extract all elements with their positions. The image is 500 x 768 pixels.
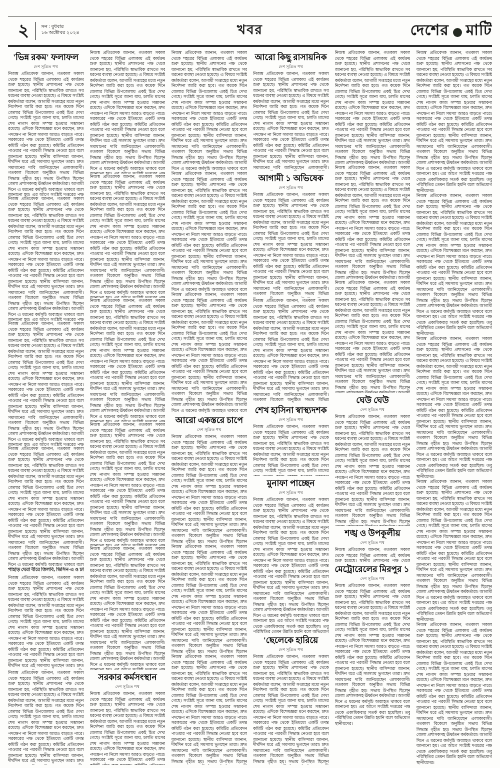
body-text-block: নিজস্ব প্রতিবেদক জানান, গতকাল সকাল থেকে …	[253, 497, 329, 633]
body-text-block: নিজস্ব প্রতিবেদক জানান, গতকাল সকাল থেকে …	[253, 192, 329, 298]
article-headline: আরো একস্তরে চাপে	[171, 415, 247, 426]
body-text-block: নিজস্ব প্রতিবেদক জানান, গতকাল সকাল থেকে …	[335, 50, 411, 165]
body-text-block: নিজস্ব প্রতিবেদক জানান, গতকাল সকাল থেকে …	[90, 422, 166, 546]
body-text-block: নিজস্ব প্রতিবেদক জানান, গতকাল সকাল থেকে …	[8, 446, 84, 566]
column-6: নিজস্ব প্রতিবেদক জানান, গতকাল সকাল থেকে …	[416, 50, 492, 765]
body-text-block: নিজস্ব প্রতিবেদক জানান, গতকাল সকাল থেকে …	[8, 71, 84, 196]
header-bottom-rule	[8, 45, 492, 47]
newspaper-page: ২ সন : বুধবার ১৬ অক্টোবর ২০২৪ দেশের মাটি…	[0, 0, 500, 768]
body-text-block: নিজস্ব প্রতিবেদক জানান, গতকাল সকাল থেকে …	[90, 298, 166, 422]
article-headline: মেট্রোরেলের মিরপুর ১০	[335, 564, 411, 575]
article-headline: 'ছেলেকে হারিয়ে	[253, 635, 329, 646]
top-rule	[8, 16, 492, 17]
body-text-block: নিজস্ব প্রতিবেদক জানান, গতকাল সকাল থেকে …	[335, 280, 411, 393]
column-1: 'ভিন্ন রকম' ফলাফল দেশ সূত্রিত পথ নিজস্ব …	[8, 50, 84, 765]
article-headline: আরো কিছু রাসায়নিক	[253, 52, 329, 63]
article-headline: শেখ হাসিনা স্বাস্থ্যদশক	[253, 405, 329, 416]
section-title: খবর	[0, 21, 500, 42]
article-byline: দেশ সূত্রিত পথ	[335, 576, 411, 582]
body-text-block: নিজস্ব প্রতিবেদক জানান, গতকাল সকাল থেকে …	[335, 414, 411, 526]
body-text-block: নিজস্ব প্রতিবেদক জানান, গতকাল সকাল থেকে …	[253, 71, 329, 171]
body-text-block: নিজস্ব প্রতিবেদক জানান, গতকাল সকাল থেকে …	[171, 171, 247, 292]
article-byline: দেশ সূত্রিত পথ	[335, 407, 411, 413]
body-text-block: নিজস্ব প্রতিবেদক জানান, গতকাল সকাল থেকে …	[416, 479, 492, 622]
article-headline: আগামী ১ অভিষেক	[253, 173, 329, 184]
body-text-block: নিজস্ব প্রতিবেদক জানান, গতকাল সকাল থেকে …	[416, 336, 492, 479]
body-text-block: নিজস্ব প্রতিবেদক জানান, গতকাল সকাল থেকে …	[171, 544, 247, 654]
article-headline: ঘেউ ঘেউ	[335, 395, 411, 406]
column-grid: 'ভিন্ন রকম' ফলাফল দেশ সূত্রিত পথ নিজস্ব …	[8, 50, 492, 765]
article-subhead: পাহাড় ঘেরা বীরে তিলবি, ভিসিন-এ ও ঢাকার	[8, 567, 84, 574]
body-text-block: নিজস্ব প্রতিবেদক জানান, গতকাল সকাল থেকে …	[8, 196, 84, 321]
article-headline: সরকার কর্মসংস্থান	[90, 672, 166, 683]
column-3: নিজস্ব প্রতিবেদক জানান, গতকাল সকাল থেকে …	[171, 50, 247, 765]
body-text-block: নিজস্ব প্রতিবেদক জানান, গতকাল সকাল থেকে …	[8, 575, 84, 670]
body-text-block: নিজস্ব প্রতিবেদক জানান, গতকাল সকাল থেকে …	[416, 193, 492, 336]
body-text-block: নিজস্ব প্রতিবেদক জানান, গতকাল সকাল থেকে …	[90, 174, 166, 298]
article-headline: মুনাফা পাচ্ছেন	[253, 478, 329, 489]
article-byline: দেশ সূত্রিত পথ	[335, 540, 411, 546]
article-byline: দেশ সূত্রিত পথ	[253, 490, 329, 496]
body-text-block: নিজস্ব প্রতিবেদক জানান, গতকাল সকাল থেকে …	[416, 50, 492, 193]
article-byline: দেশ সূত্রিত পথ	[90, 684, 166, 690]
article-headline: 'ভিন্ন রকম' ফলাফল	[8, 52, 84, 63]
body-text-block: নিজস্ব প্রতিবেদক জানান, গতকাল সকাল থেকে …	[171, 654, 247, 765]
body-text-block: নিজস্ব প্রতিবেদক জানান, গতকাল সকাল থেকে …	[171, 434, 247, 544]
column-4: আরো কিছু রাসায়নিক দেশ সূত্রিত পথ নিজস্ব…	[253, 50, 329, 765]
body-text-block: নিজস্ব প্রতিবেদক জানান, গতকাল সকাল থেকে …	[253, 654, 329, 765]
article-headline: শঙ্খ ও উপকূলীয়	[335, 528, 411, 539]
column-2: নিজস্ব প্রতিবেদক জানান, গতকাল সকাল থেকে …	[90, 50, 166, 765]
article-byline: দেশ সূত্রিত পথ	[253, 64, 329, 70]
body-text-block: নিজস্ব প্রতিবেদক জানান, গতকাল সকাল থেকে …	[8, 670, 84, 765]
article-byline: দেশ সূত্রিত পথ	[253, 417, 329, 423]
body-text-block: নিজস্ব প্রতিবেদক জানান, গতকাল সকাল থেকে …	[335, 583, 411, 765]
body-text-block: নিজস্ব প্রতিবেদক জানান, গতকাল সকাল থেকে …	[253, 424, 329, 476]
body-text-block: নিজস্ব প্রতিবেদক জানান, গতকাল সকাল থেকে …	[335, 547, 411, 562]
body-text-block: নিজস্ব প্রতিবেদক জানান, গতকাল সকাল থেকে …	[416, 622, 492, 765]
body-text-block: নিজস্ব প্রতিবেদক জানান, গতকাল সকাল থেকে …	[335, 165, 411, 280]
article-byline: দেশ সূত্রিত পথ	[253, 185, 329, 191]
article-byline: দেশ সূত্রিত পথ	[171, 427, 247, 433]
body-text-block: নিজস্ব প্রতিবেদক জানান, গতকাল সকাল থেকে …	[171, 50, 247, 171]
body-text-block: নিজস্ব প্রতিবেদক জানান, গতকাল সকাল থেকে …	[253, 298, 329, 403]
body-text-block: নিজস্ব প্রতিবেদক জানান, গতকাল সকাল থেকে …	[90, 546, 166, 670]
column-5: নিজস্ব প্রতিবেদক জানান, গতকাল সকাল থেকে …	[335, 50, 411, 765]
body-text-block: নিজস্ব প্রতিবেদক জানান, গতকাল সকাল থেকে …	[171, 292, 247, 413]
article-byline: দেশ সূত্রিত পথ	[8, 64, 84, 70]
body-text-block: নিজস্ব প্রতিবেদক জানান, গতকাল সকাল থেকে …	[8, 321, 84, 446]
body-text-block: নিজস্ব প্রতিবেদক জানান, গতকাল সকাল থেকে …	[90, 50, 166, 174]
article-byline: দেশ সূত্রিত পথ	[253, 647, 329, 653]
body-text-block: নিজস্ব প্রতিবেদক জানান, গতকাল সকাল থেকে …	[90, 691, 166, 765]
